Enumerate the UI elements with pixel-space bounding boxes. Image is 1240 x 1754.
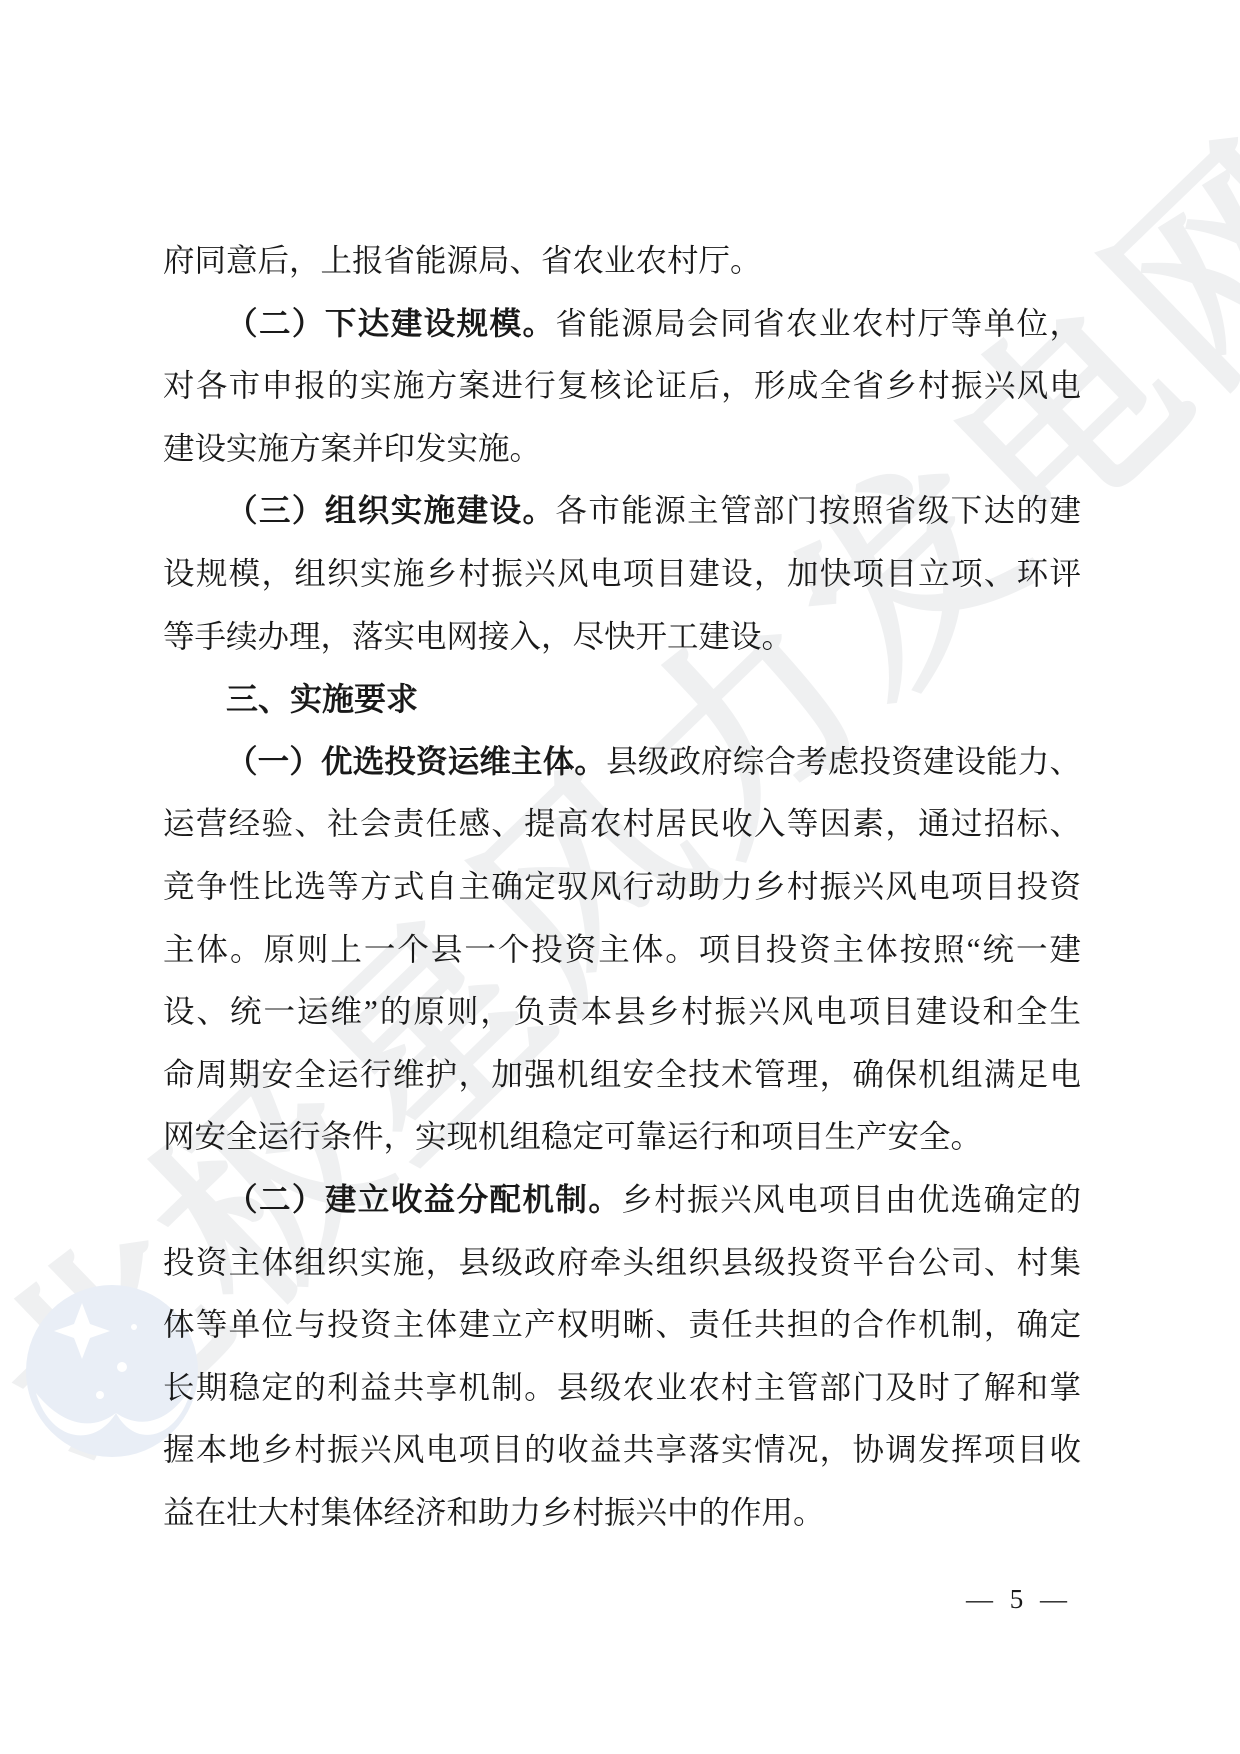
line-text: 网安全运行条件，实现机组稳定可靠运行和项目生产安全。 <box>163 1119 982 1154</box>
item-title: （二）建立收益分配机制。 <box>226 1182 621 1217</box>
text-line: 体等单位与投资主体建立产权明晰、责任共担的合作机制，确定 <box>163 1294 1081 1357</box>
line-text: 府同意后，上报省能源局、省农业农村厅。 <box>163 243 762 278</box>
line-text: 握本地乡村振兴风电项目的收益共享落实情况，协调发挥项目收 <box>163 1432 1081 1467</box>
line-text: 各市能源主管部门按照省级下达的建 <box>555 493 1081 528</box>
text-line: 设规模，组织实施乡村振兴风电项目建设，加快项目立项、环评 <box>163 543 1081 606</box>
text-line: 府同意后，上报省能源局、省农业农村厅。 <box>163 230 1081 293</box>
document-page: 北极星风力发电网 府同意后，上报省能源局、省农业农村厅。（二）下达建设规模。省能… <box>0 0 1240 1754</box>
line-text: 命周期安全运行维护，加强机组安全技术管理，确保机组满足电 <box>163 1057 1081 1092</box>
text-line: 网安全运行条件，实现机组稳定可靠运行和项目生产安全。 <box>163 1106 1081 1169</box>
text-line: 运营经验、社会责任感、提高农村居民收入等因素，通过招标、 <box>163 793 1081 856</box>
text-line: 对各市申报的实施方案进行复核论证后，形成全省乡村振兴风电 <box>163 355 1081 418</box>
text-line: 设、统一运维”的原则，负责本县乡村振兴风电项目建设和全生 <box>163 981 1081 1044</box>
section-heading: 三、实施要求 <box>163 668 1081 731</box>
text-line: 主体。原则上一个县一个投资主体。项目投资主体按照“统一建 <box>163 919 1081 982</box>
text-line: 竞争性比选等方式自主确定驭风行动助力乡村振兴风电项目投资 <box>163 856 1081 919</box>
text-line: （二）下达建设规模。省能源局会同省农业农村厅等单位， <box>163 293 1081 356</box>
text-line: 长期稳定的利益共享机制。县级农业农村主管部门及时了解和掌 <box>163 1357 1081 1420</box>
line-text: 乡村振兴风电项目由优选确定的 <box>621 1182 1081 1217</box>
line-text: 主体。原则上一个县一个投资主体。项目投资主体按照“统一建 <box>163 932 1081 967</box>
text-line: （二）建立收益分配机制。乡村振兴风电项目由优选确定的 <box>163 1169 1081 1232</box>
line-text: 对各市申报的实施方案进行复核论证后，形成全省乡村振兴风电 <box>163 368 1081 403</box>
text-line: （三）组织实施建设。各市能源主管部门按照省级下达的建 <box>163 480 1081 543</box>
line-text: 省能源局会同省农业农村厅等单位， <box>555 306 1081 341</box>
text-line: 等手续办理，落实电网接入，尽快开工建设。 <box>163 606 1081 669</box>
line-text: 体等单位与投资主体建立产权明晰、责任共担的合作机制，确定 <box>163 1307 1081 1342</box>
text-line: 握本地乡村振兴风电项目的收益共享落实情况，协调发挥项目收 <box>163 1419 1081 1482</box>
line-text: 运营经验、社会责任感、提高农村居民收入等因素，通过招标、 <box>163 806 1081 841</box>
text-line: 命周期安全运行维护，加强机组安全技术管理，确保机组满足电 <box>163 1044 1081 1107</box>
line-text: 投资主体组织实施，县级政府牵头组织县级投资平台公司、村集 <box>163 1245 1081 1280</box>
item-title: （一）优选投资运维主体。 <box>226 744 606 779</box>
text-line: 投资主体组织实施，县级政府牵头组织县级投资平台公司、村集 <box>163 1232 1081 1295</box>
text-line: （一）优选投资运维主体。县级政府综合考虑投资建设能力、 <box>163 731 1081 794</box>
line-text: 长期稳定的利益共享机制。县级农业农村主管部门及时了解和掌 <box>163 1370 1081 1405</box>
item-title: 三、实施要求 <box>226 681 418 717</box>
text-line: 建设实施方案并印发实施。 <box>163 418 1081 481</box>
line-text: 县级政府综合考虑投资建设能力、 <box>606 744 1081 779</box>
item-title: （三）组织实施建设。 <box>226 493 555 528</box>
line-text: 益在壮大村集体经济和助力乡村振兴中的作用。 <box>163 1495 825 1530</box>
text-line: 益在壮大村集体经济和助力乡村振兴中的作用。 <box>163 1482 1081 1545</box>
line-text: 竞争性比选等方式自主确定驭风行动助力乡村振兴风电项目投资 <box>163 869 1081 904</box>
line-text: 等手续办理，落实电网接入，尽快开工建设。 <box>163 619 793 654</box>
line-text: 设、统一运维”的原则，负责本县乡村振兴风电项目建设和全生 <box>163 994 1081 1029</box>
document-body: 府同意后，上报省能源局、省农业农村厅。（二）下达建设规模。省能源局会同省农业农村… <box>163 230 1081 1544</box>
page-number: — 5 — <box>966 1584 1072 1615</box>
line-text: 设规模，组织实施乡村振兴风电项目建设，加快项目立项、环评 <box>163 556 1081 591</box>
item-title: （二）下达建设规模。 <box>226 306 555 341</box>
line-text: 建设实施方案并印发实施。 <box>163 431 541 466</box>
